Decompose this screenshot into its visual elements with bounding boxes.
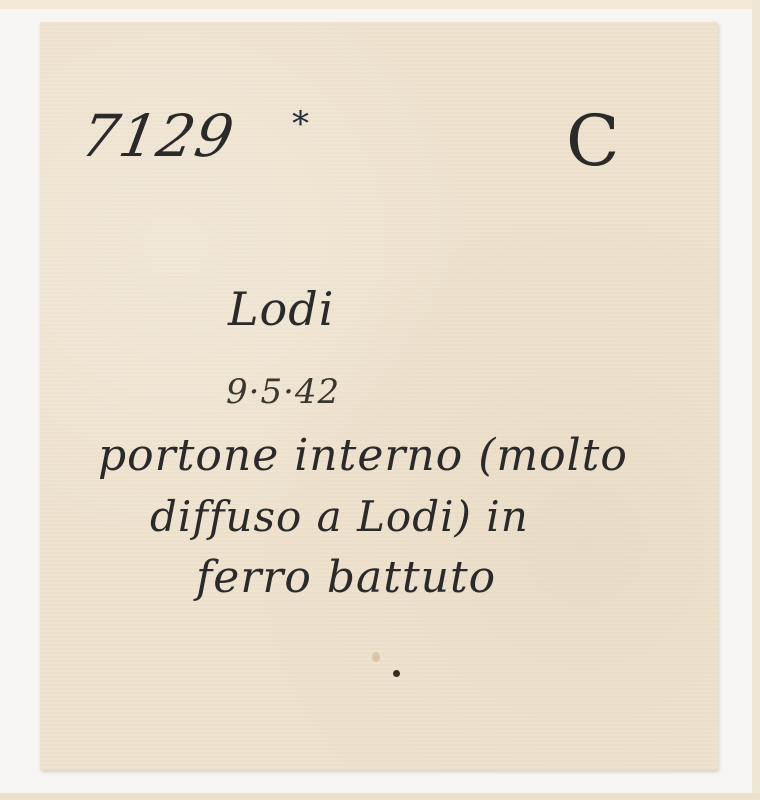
place-name: Lodi <box>228 282 334 336</box>
bottom-background-strip <box>0 793 760 800</box>
series-letter: C <box>566 100 621 182</box>
date: 9·5·42 <box>226 372 340 412</box>
right-background-strip <box>752 0 760 800</box>
description-line-3: ferro battuto <box>196 552 496 603</box>
catalog-mark-asterisk: * <box>292 104 309 144</box>
paper-stain <box>372 652 380 662</box>
description-line-1: portone interno (molto <box>98 430 628 481</box>
description-line-2: diffuso a Lodi) in <box>150 492 529 541</box>
ink-spot <box>393 670 400 677</box>
catalog-number: 7129 <box>76 102 240 170</box>
top-background-strip <box>0 0 760 9</box>
